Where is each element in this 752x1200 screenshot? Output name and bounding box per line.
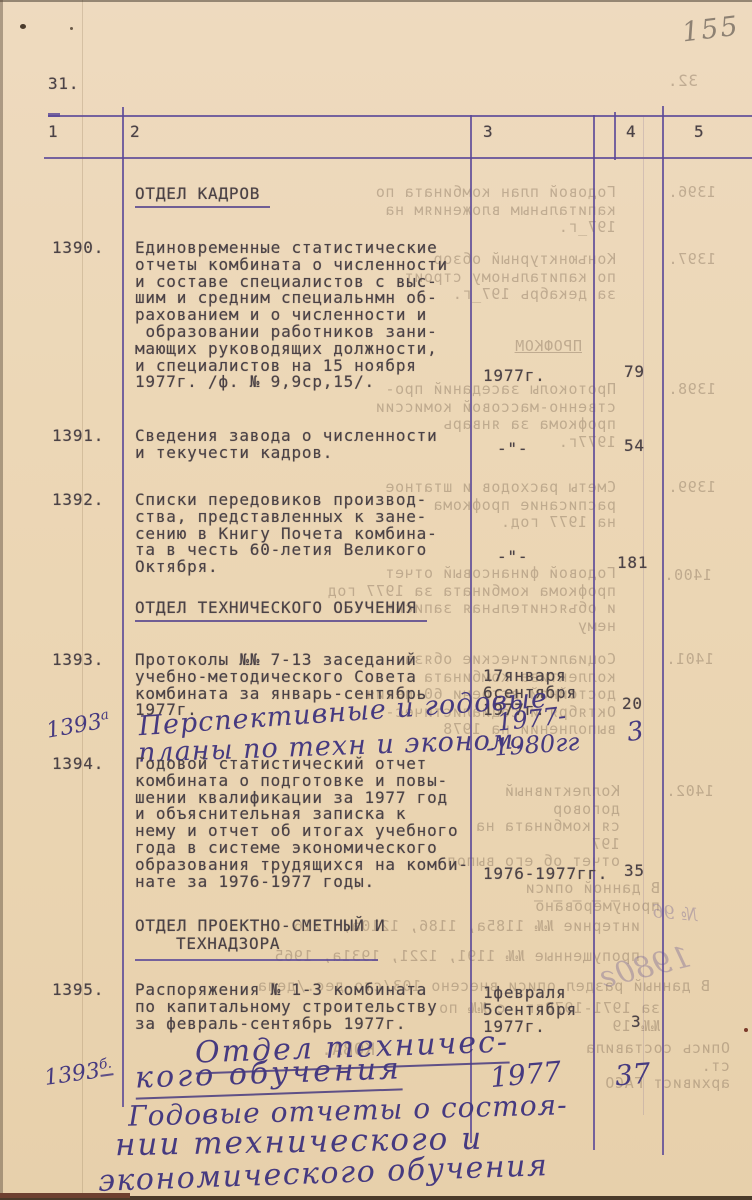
scanned-archive-inventory-page: 32. 1396. Годовой план комбината по капи… xyxy=(0,0,752,1200)
entry-1392-description: Списки передовиков производ- ства, предс… xyxy=(135,492,480,576)
section-proekt-line2: ТЕХНАДЗОРА xyxy=(176,936,280,953)
col-header-5: 5 xyxy=(694,124,704,141)
grid-vline-bleed xyxy=(643,115,644,1115)
ink-speck-3 xyxy=(744,1028,748,1032)
grid-hline-header-bottom xyxy=(44,157,752,159)
section-tekh-obuchenie-label: ОТДЕЛ ТЕХНИЧЕСКОГО ОБУЧЕНИЯ xyxy=(135,598,427,622)
entry-1390-description: Единовременные статистические отчеты ком… xyxy=(135,240,480,391)
bleed-entry-1402-number: 1402. xyxy=(662,783,714,801)
entry-1393a-number: 1393а xyxy=(44,707,112,744)
entry-1395-quantity: 3 xyxy=(631,1014,641,1031)
scan-edge-left xyxy=(0,0,3,1200)
entry-1394-description: Годовой статистический отчет комбината о… xyxy=(135,756,485,890)
bleed-profkom-heading: ПРОФКОМ xyxy=(472,338,582,356)
section-proekt-line1: ОТДЕЛ ПРОЕКТНО-СМЕТНЫЙ И xyxy=(135,918,385,935)
handwritten-section-line2: кого обучения xyxy=(134,1051,402,1095)
entry-1390-number: 1390. xyxy=(52,240,104,257)
folio-number-pencil: 155 xyxy=(680,11,741,49)
entry-1394-number: 1394. xyxy=(52,756,104,773)
bleed-entry-1400-number: 1400. xyxy=(660,567,712,585)
entry-1393a-date-line2: -1980гг xyxy=(485,728,580,762)
col-header-2: 2 xyxy=(130,124,140,141)
entry-1391-quantity: 54 xyxy=(624,438,645,455)
entry-1393a-number-sup: а xyxy=(99,707,110,724)
bleed-entry-1396-text: Годовой план комбината по капитальным вл… xyxy=(336,184,616,237)
entry-1392-date: -"- xyxy=(497,549,528,566)
scan-edge-top xyxy=(0,0,752,2)
bleed-handwritten-mark-1: № 96 xyxy=(651,901,698,926)
entry-1395-description: Распоряжения № 1-3 комбината по капиталь… xyxy=(135,982,480,1032)
entry-1395-number: 1395. xyxy=(52,982,104,999)
entry-1391-description: Сведения завода о численности и текучест… xyxy=(135,428,480,462)
bleed-reverse-folio: 32. xyxy=(648,72,698,90)
col-header-1: 1 xyxy=(48,124,58,141)
section-tekh-obuchenie: ОТДЕЛ ТЕХНИЧЕСКОГО ОБУЧЕНИЯ xyxy=(135,600,427,617)
scan-edge-bottom-left-stain xyxy=(0,1193,130,1198)
bleed-entry-1399-number: 1399. xyxy=(664,479,716,497)
section-proekt-underline xyxy=(135,959,378,961)
grid-hline-start-blob xyxy=(48,113,60,117)
ink-speck-1 xyxy=(20,24,26,29)
entry-1391-number: 1391. xyxy=(52,428,104,445)
entry-1393a-number-digits: 1393 xyxy=(44,709,103,743)
ink-speck-2 xyxy=(70,27,73,30)
entry-1392-number: 1392. xyxy=(52,492,104,509)
col-header-4: 4 xyxy=(626,124,636,141)
section-kadrov-label: ОТДЕЛ КАДРОВ xyxy=(135,184,270,208)
grid-hline-header-top xyxy=(48,115,752,117)
entry-1394-date: 1976-1977гг. xyxy=(483,866,608,883)
entry-1393-number: 1393. xyxy=(52,652,104,669)
handwritten-section-line2-text: кого обучения xyxy=(134,1051,402,1099)
section-kadrov: ОТДЕЛ КАДРОВ xyxy=(135,186,270,203)
entry-1393b-number-digits: 1393 xyxy=(43,1058,102,1091)
paper-crease xyxy=(82,0,83,1200)
bleed-entry-1398-number: 1398. xyxy=(664,381,716,399)
entry-1393-quantity: 20 xyxy=(622,696,643,713)
entry-1390-date: 1977г. xyxy=(483,368,546,385)
entry-1393b-quantity: 37 xyxy=(614,1057,652,1093)
bleed-entry-1396-number: 1396. xyxy=(664,184,716,202)
grid-vline-col4-col5 xyxy=(662,106,664,1155)
bleed-propushchennye-note: пропущенные №№ 1191, 1221, 1931а, 1965 xyxy=(240,948,640,966)
grid-vline-header-stroke xyxy=(614,112,616,160)
entry-1392-quantity: 181 xyxy=(617,555,648,572)
col-header-3: 3 xyxy=(483,124,493,141)
bleed-entry-1401-number: 1401. xyxy=(662,651,714,669)
grid-vline-col3-col4 xyxy=(593,115,595,1150)
typed-page-number: 31. xyxy=(48,76,79,93)
entry-1393b-number: 1393б. xyxy=(43,1055,115,1091)
bleed-entry-1397-number: 1397. xyxy=(664,251,716,269)
entry-1394-quantity: 35 xyxy=(624,863,645,880)
entry-1393b-number-sup: б. xyxy=(98,1055,113,1077)
grid-vline-col1-col2 xyxy=(122,107,124,1107)
entry-1390-quantity: 79 xyxy=(624,364,645,381)
entry-1391-date: -"- xyxy=(497,441,528,458)
